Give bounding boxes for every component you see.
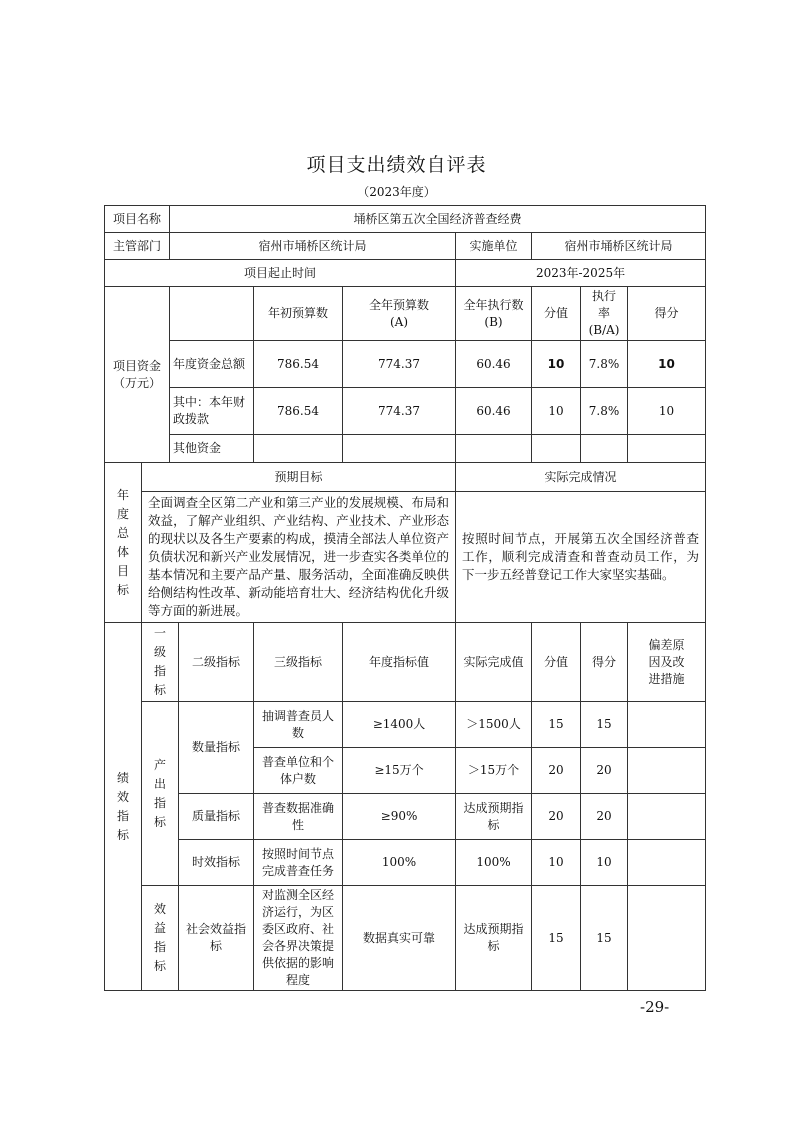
target-value: 100% [343, 840, 456, 886]
actual-header: 实际完成值 [456, 623, 532, 702]
funds-header-annual: 全年预算数(A) [343, 287, 456, 341]
score: 15 [581, 702, 628, 748]
target-value: 数据真实可靠 [343, 886, 456, 991]
dept-label: 主管部门 [105, 233, 170, 260]
target-value: ≥90% [343, 794, 456, 840]
funds-executed: 60.46 [456, 341, 532, 388]
score-value: 15 [532, 702, 581, 748]
impl-label: 实施单位 [456, 233, 532, 260]
actual-value: 达成预期指标 [456, 794, 532, 840]
level1-output: 产出指标 [142, 702, 179, 886]
goals-content-row: 全面调查全区第二产业和第三产业的发展规模、布局和效益，了解产业组织、产业结构、产… [105, 492, 706, 623]
funds-row: 年度资金总额 786.54 774.37 60.46 10 7.8% 10 [105, 341, 706, 388]
expected-goal-text: 全面调查全区第二产业和第三产业的发展规模、布局和效益，了解产业组织、产业结构、产… [142, 492, 456, 623]
target-header: 年度指标值 [343, 623, 456, 702]
funds-score: 10 [628, 341, 706, 388]
score: 10 [581, 840, 628, 886]
level3-value: 按照时间节点完成普查任务 [254, 840, 343, 886]
score-value: 15 [532, 886, 581, 991]
deviation [628, 886, 706, 991]
funds-row: 其他资金 [105, 435, 706, 463]
level3-value: 普查单位和个体户数 [254, 748, 343, 794]
period-label: 项目起止时间 [105, 260, 456, 287]
level2-header: 二级指标 [179, 623, 254, 702]
expected-goal-header: 预期目标 [142, 463, 456, 492]
project-name-row: 项目名称 埇桥区第五次全国经济普查经费 [105, 206, 706, 233]
level3-value: 普查数据准确性 [254, 794, 343, 840]
funds-header-score: 得分 [628, 287, 706, 341]
evaluation-table: 项目名称 埇桥区第五次全国经济普查经费 主管部门 宿州市埇桥区统计局 实施单位 … [104, 205, 706, 991]
actual-value: 达成预期指标 [456, 886, 532, 991]
score-value: 20 [532, 794, 581, 840]
funds-row-label: 其他资金 [170, 435, 254, 463]
page-subtitle: （2023年度） [0, 183, 793, 200]
actual-value: ＞1500人 [456, 702, 532, 748]
score-value-header: 分值 [532, 623, 581, 702]
level2-quantity: 数量指标 [179, 702, 254, 794]
deviation-header: 偏差原因及改进措施 [628, 623, 706, 702]
funds-header-score-value: 分值 [532, 287, 581, 341]
funds-rate: 7.8% [581, 388, 628, 435]
funds-rate [581, 435, 628, 463]
indicator-row: 时效指标 按照时间节点完成普查任务 100% 100% 10 10 [105, 840, 706, 886]
department-row: 主管部门 宿州市埇桥区统计局 实施单位 宿州市埇桥区统计局 [105, 233, 706, 260]
level3-value: 抽调普查员人数 [254, 702, 343, 748]
project-name-value: 埇桥区第五次全国经济普查经费 [170, 206, 706, 233]
indicators-header-row: 绩效指标 一级指标 二级指标 三级指标 年度指标值 实际完成值 分值 得分 偏差… [105, 623, 706, 702]
score: 20 [581, 794, 628, 840]
deviation [628, 702, 706, 748]
level3-header: 三级指标 [254, 623, 343, 702]
period-value: 2023年-2025年 [456, 260, 706, 287]
actual-value: 100% [456, 840, 532, 886]
deviation [628, 794, 706, 840]
target-value: ≥15万个 [343, 748, 456, 794]
level1-header: 一级指标 [142, 623, 179, 702]
indicator-row: 质量指标 普查数据准确性 ≥90% 达成预期指标 20 20 [105, 794, 706, 840]
dept-value: 宿州市埇桥区统计局 [170, 233, 456, 260]
funds-annual [343, 435, 456, 463]
funds-row: 其中：本年财政拨款 786.54 774.37 60.46 10 7.8% 10 [105, 388, 706, 435]
funds-initial [254, 435, 343, 463]
funds-score: 10 [628, 388, 706, 435]
target-value: ≥1400人 [343, 702, 456, 748]
indicators-section-label: 绩效指标 [105, 623, 142, 991]
funds-annual: 774.37 [343, 341, 456, 388]
actual-value: ＞15万个 [456, 748, 532, 794]
page-number: -29- [640, 998, 669, 1016]
funds-header-initial: 年初预算数 [254, 287, 343, 341]
project-name-label: 项目名称 [105, 206, 170, 233]
goals-header-row: 年度总体目标 预期目标 实际完成情况 [105, 463, 706, 492]
funds-section-label: 项目资金（万元） [105, 287, 170, 463]
level2-quality: 质量指标 [179, 794, 254, 840]
funds-score [628, 435, 706, 463]
score: 15 [581, 886, 628, 991]
funds-executed: 60.46 [456, 388, 532, 435]
funds-header-row: 项目资金（万元） 年初预算数 全年预算数(A) 全年执行数(B) 分值 执行率(… [105, 287, 706, 341]
funds-header-rate: 执行率(B/A) [581, 287, 628, 341]
level2-social: 社会效益指标 [179, 886, 254, 991]
funds-score-value [532, 435, 581, 463]
funds-initial: 786.54 [254, 341, 343, 388]
funds-header-blank [170, 287, 254, 341]
actual-result-header: 实际完成情况 [456, 463, 706, 492]
funds-row-label: 其中：本年财政拨款 [170, 388, 254, 435]
level2-timeliness: 时效指标 [179, 840, 254, 886]
score-header: 得分 [581, 623, 628, 702]
deviation [628, 748, 706, 794]
actual-result-text: 按照时间节点，开展第五次全国经济普查工作，顺利完成清查和普查动员工作，为下一步五… [456, 492, 706, 623]
page-title: 项目支出绩效自评表 [0, 150, 793, 177]
score-value: 10 [532, 840, 581, 886]
funds-executed [456, 435, 532, 463]
impl-value: 宿州市埇桥区统计局 [532, 233, 706, 260]
funds-initial: 786.54 [254, 388, 343, 435]
deviation [628, 840, 706, 886]
funds-header-executed: 全年执行数(B) [456, 287, 532, 341]
funds-score-value: 10 [532, 388, 581, 435]
score-value: 20 [532, 748, 581, 794]
funds-rate: 7.8% [581, 341, 628, 388]
level1-benefit: 效益指标 [142, 886, 179, 991]
goals-section-label: 年度总体目标 [105, 463, 142, 623]
level3-value: 对监测全区经济运行，为区委区政府、社会各界决策提供依据的影响程度 [254, 886, 343, 991]
funds-score-value: 10 [532, 341, 581, 388]
indicator-row: 产出指标 数量指标 抽调普查员人数 ≥1400人 ＞1500人 15 15 [105, 702, 706, 748]
score: 20 [581, 748, 628, 794]
indicator-row: 效益指标 社会效益指标 对监测全区经济运行，为区委区政府、社会各界决策提供依据的… [105, 886, 706, 991]
funds-annual: 774.37 [343, 388, 456, 435]
period-row: 项目起止时间 2023年-2025年 [105, 260, 706, 287]
funds-row-label: 年度资金总额 [170, 341, 254, 388]
